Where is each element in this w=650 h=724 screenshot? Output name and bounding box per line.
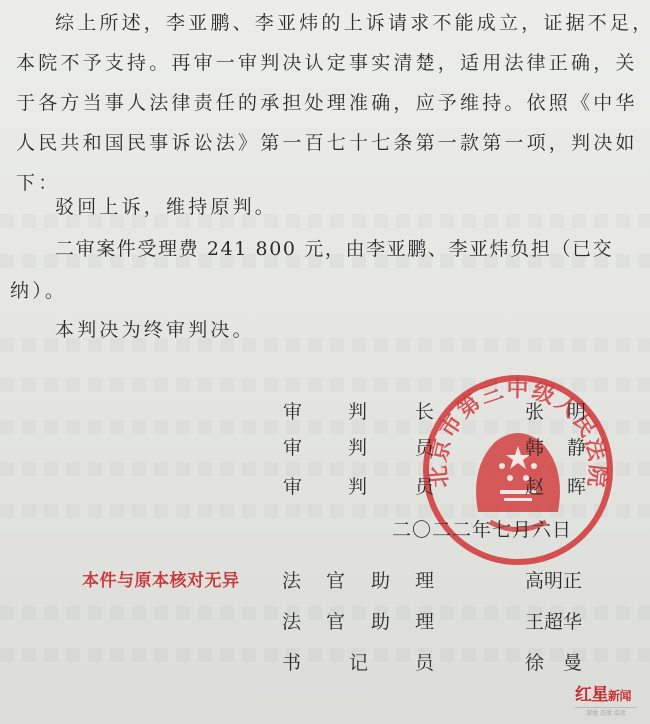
- judgment-date: 二〇二二年七月六日: [392, 515, 572, 542]
- judge-name-char: 赵: [525, 472, 544, 499]
- judge-name-char: 张: [525, 397, 544, 424]
- judge-name-char: 韩: [525, 433, 544, 460]
- judge-title-char: 员: [415, 472, 434, 499]
- judge-title-char: 判: [348, 433, 367, 460]
- staff-title-char: 助: [371, 566, 390, 593]
- paragraph-line: 下：: [16, 168, 60, 195]
- red-star-news-watermark: 红星新闻 深度 态度 温度: [575, 680, 637, 717]
- staff-title-char: 记: [349, 648, 368, 675]
- staff-name: 王超华: [525, 607, 582, 634]
- staff-title-char: 法: [282, 566, 301, 593]
- staff-title-char: 员: [415, 648, 434, 675]
- copy-verification-stamp: 本件与原本核对无异: [82, 566, 240, 591]
- judge-title-char: 审: [283, 397, 302, 424]
- judge-title-char: 员: [415, 433, 434, 460]
- judge-title-char: 判: [348, 472, 367, 499]
- judge-name-char: 晖: [567, 472, 586, 499]
- staff-title-char: 官: [326, 607, 345, 634]
- staff-title-char: 官: [326, 566, 345, 593]
- watermark-tagline: 深度 态度 温度: [575, 707, 637, 717]
- staff-title-char: 理: [415, 566, 434, 593]
- judge-title-char: 审: [283, 472, 302, 499]
- watermark-main: 红星: [575, 685, 608, 705]
- fee-text-line1: 二审案件受理费 241 800 元，由李亚鹏、李亚炜负担（已交: [55, 234, 613, 261]
- judge-name-char: 明: [567, 397, 586, 424]
- paragraph-line: 综上所述，李亚鹏、李亚炜的上诉请求不能成立，证据不足，: [55, 8, 650, 35]
- fee-text-line2: 纳）。: [10, 276, 67, 303]
- watermark-logo: 红星新闻: [575, 680, 637, 705]
- paragraph-line: 人民共和国民事诉讼法》第一百七十七条第一款第一项，判决如: [16, 128, 638, 155]
- watermark-secondary: 新闻: [608, 689, 631, 703]
- staff-title-char: 理: [415, 607, 434, 634]
- staff-name: 徐 曼: [525, 648, 582, 675]
- paragraph-line: 于各方当事人法律责任的承担处理准确，应予维持。依照《中华: [16, 88, 638, 115]
- paragraph-line: 本院不予支持。再审一审判决认定事实清楚，适用法律正确，关: [16, 48, 638, 75]
- judge-title-char: 审: [283, 433, 302, 460]
- staff-title-char: 助: [371, 607, 390, 634]
- staff-title-char: 书: [282, 648, 301, 675]
- final-judgment-text: 本判决为终审判决。: [55, 315, 255, 342]
- judge-title-char: 判: [348, 397, 367, 424]
- staff-title-char: 法: [282, 607, 301, 634]
- staff-name: 高明正: [525, 566, 582, 593]
- judge-title-char: 长: [415, 397, 434, 424]
- ruling-text: 驳回上诉，维持原判。: [55, 192, 277, 219]
- judge-name-char: 静: [567, 433, 586, 460]
